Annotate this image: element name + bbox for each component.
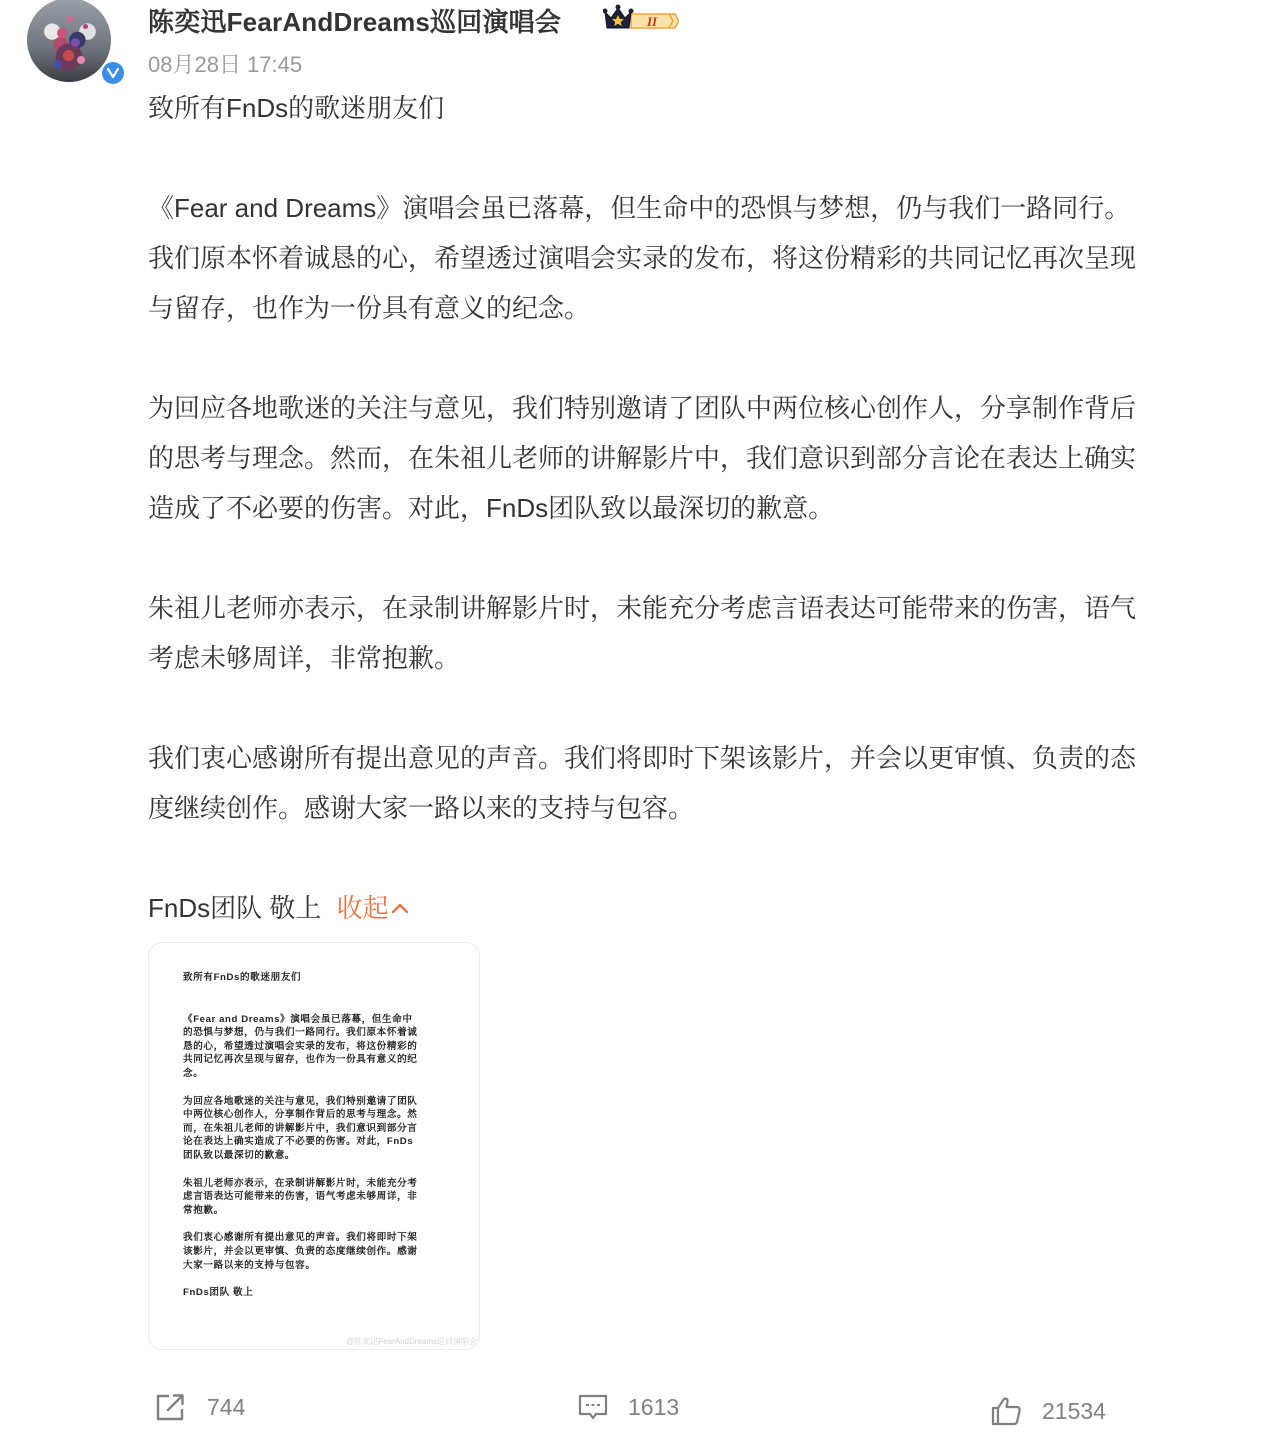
greeting: 致所有FnDs的歌迷朋友们 bbox=[148, 83, 1218, 133]
collapse-button[interactable]: 收起 bbox=[337, 893, 409, 923]
svg-text:II: II bbox=[646, 14, 658, 29]
image-line: 中两位核心创作人，分享制作背后的思考与理念。然 bbox=[183, 1108, 445, 1122]
author-name[interactable]: 陈奕迅FearAndDreams巡回演唱会 bbox=[148, 2, 561, 39]
thumbs-up-icon bbox=[990, 1396, 1022, 1426]
image-line: 恳的心，希望透过演唱会实录的发布，将这份精彩的 bbox=[183, 1040, 445, 1054]
image-line: 团队致以最深切的歉意。 bbox=[183, 1149, 445, 1163]
paragraph-line: 我们衷心感谢所有提出意见的声音。我们将即时下架该影片，并会以更审慎、负责的态 bbox=[148, 733, 1218, 783]
paragraph-line: 与留存，也作为一份具有意义的纪念。 bbox=[148, 283, 1218, 333]
image-title: 致所有FnDs的歌迷朋友们 bbox=[183, 971, 445, 985]
paragraph-line: 《Fear and Dreams》演唱会虽已落幕，但生命中的恐惧与梦想，仍与我们… bbox=[148, 183, 1218, 233]
action-bar: 744 1613 21534 bbox=[0, 1388, 1264, 1432]
signature: FnDs团队 敬上 bbox=[148, 893, 321, 923]
member-level-badge[interactable]: II bbox=[603, 4, 679, 32]
weibo-post: 陈奕迅FearAndDreams巡回演唱会 II 08月28日 17:45 致所… bbox=[0, 0, 1264, 1444]
paragraph-line: 造成了不必要的伤害。对此，FnDs团队致以最深切的歉意。 bbox=[148, 483, 1218, 533]
image-line: 为回应各地歌迷的关注与意见，我们特别邀请了团队 bbox=[183, 1095, 445, 1109]
share-button[interactable]: 744 bbox=[155, 1392, 245, 1422]
image-letter: 致所有FnDs的歌迷朋友们 《Fear and Dreams》演唱会虽已落幕，但… bbox=[183, 971, 445, 1300]
comment-count: 1613 bbox=[628, 1394, 679, 1421]
paragraph-line: 为回应各地歌迷的关注与意见，我们特别邀请了团队中两位核心创作人，分享制作背后 bbox=[148, 383, 1218, 433]
image-line: 念。 bbox=[183, 1067, 445, 1081]
image-line: 而，在朱祖儿老师的讲解影片中，我们意识到部分言 bbox=[183, 1122, 445, 1136]
comment-button[interactable]: 1613 bbox=[578, 1392, 679, 1422]
paragraph-line: 朱祖儿老师亦表示，在录制讲解影片时，未能充分考虑言语表达可能带来的伤害，语气 bbox=[148, 583, 1218, 633]
image-signature: FnDs团队 敬上 bbox=[183, 1286, 445, 1300]
avatar[interactable] bbox=[27, 0, 111, 82]
image-line: 常抱歉。 bbox=[183, 1204, 445, 1218]
share-icon bbox=[155, 1392, 187, 1422]
paragraph-line: 的思考与理念。然而，在朱祖儿老师的讲解影片中，我们意识到部分言论在表达上确实 bbox=[148, 433, 1218, 483]
share-count: 744 bbox=[207, 1394, 245, 1421]
image-line: 该影片，并会以更审慎、负责的态度继续创作。感谢 bbox=[183, 1245, 445, 1259]
image-line: 共同记忆再次呈现与留存，也作为一份具有意义的纪 bbox=[183, 1053, 445, 1067]
image-line: 论在表达上确实造成了不必要的伤害。对此，FnDs bbox=[183, 1135, 445, 1149]
post-content: 致所有FnDs的歌迷朋友们 《Fear and Dreams》演唱会虽已落幕，但… bbox=[148, 83, 1218, 933]
verified-v-icon bbox=[102, 62, 124, 84]
image-watermark: @陈奕迅FearAndDreams巡回演唱会 bbox=[346, 1336, 477, 1347]
post-timestamp[interactable]: 08月28日 17:45 bbox=[148, 48, 302, 79]
image-line: 《Fear and Dreams》演唱会虽已落幕，但生命中 bbox=[183, 1013, 445, 1027]
like-button[interactable]: 21534 bbox=[990, 1396, 1106, 1426]
comment-icon bbox=[578, 1392, 608, 1422]
crown-icon: II bbox=[603, 5, 679, 30]
signature-line: FnDs团队 敬上 收起 bbox=[148, 883, 1218, 933]
like-count: 21534 bbox=[1042, 1398, 1106, 1425]
verified-badge bbox=[100, 60, 126, 86]
chevron-up-icon bbox=[391, 902, 409, 914]
paragraph-line: 我们原本怀着诚恳的心，希望透过演唱会实录的发布，将这份精彩的共同记忆再次呈现 bbox=[148, 233, 1218, 283]
image-line: 朱祖儿老师亦表示，在录制讲解影片时，未能充分考 bbox=[183, 1177, 445, 1191]
paragraph-line: 度继续创作。感谢大家一路以来的支持与包容。 bbox=[148, 783, 1218, 833]
image-line: 大家一路以来的支持与包容。 bbox=[183, 1259, 445, 1273]
image-line: 虑言语表达可能带来的伤害，语气考虑未够周详，非 bbox=[183, 1190, 445, 1204]
paragraph-line: 考虑未够周详，非常抱歉。 bbox=[148, 633, 1218, 683]
collapse-label: 收起 bbox=[337, 893, 389, 923]
image-line: 我们衷心感谢所有提出意见的声音。我们将即时下架 bbox=[183, 1231, 445, 1245]
image-line: 的恐惧与梦想，仍与我们一路同行。我们原本怀着诚 bbox=[183, 1026, 445, 1040]
attached-image[interactable]: 致所有FnDs的歌迷朋友们 《Fear and Dreams》演唱会虽已落幕，但… bbox=[148, 942, 480, 1350]
